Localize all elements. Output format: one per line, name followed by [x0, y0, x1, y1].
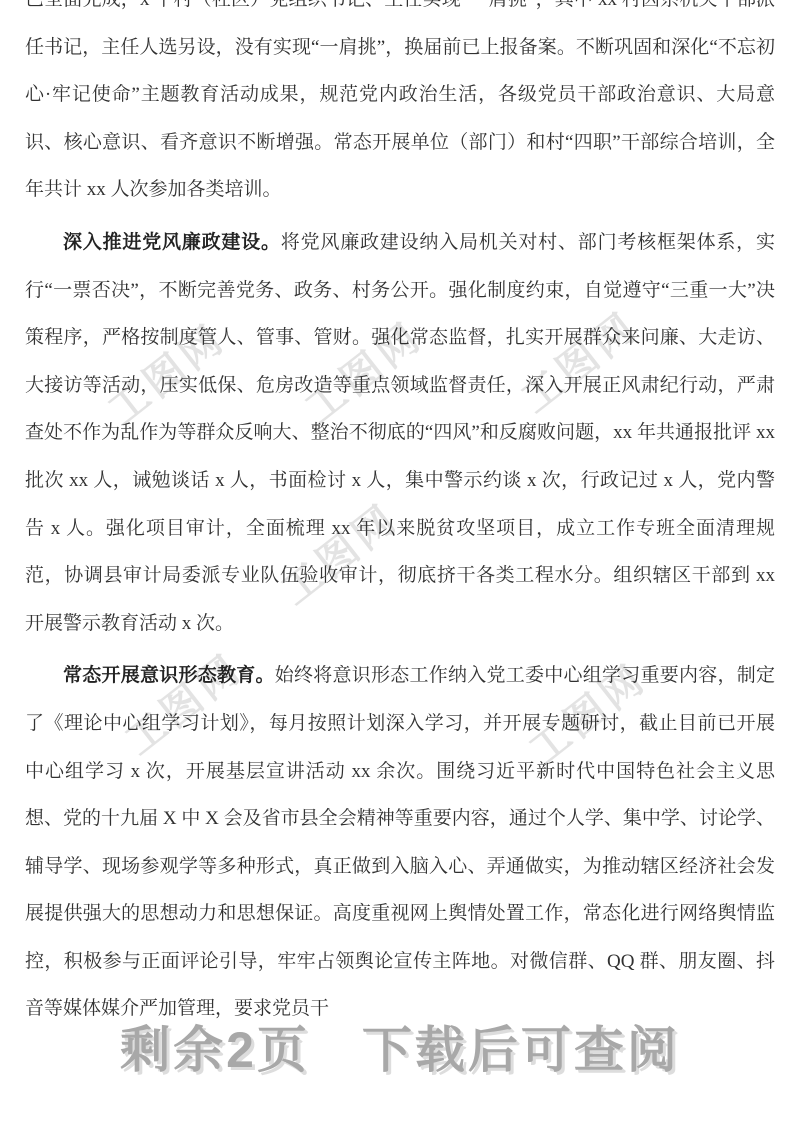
paragraph: 常态开展意识形态教育。始终将意识形态工作纳入党工委中心组学习重要内容，制定了《理…	[25, 652, 775, 1033]
download-hint-text: 下载后可查阅	[362, 1010, 680, 1082]
document-page: 工图网工图网工图网工图网工图网工图网 已全面完成，x 个村（社区）党组织书记、主…	[0, 0, 800, 1131]
paragraph: 已全面完成，x 个村（社区）党组织书记、主任实现“一肩挑”，其中 xx 村因系机…	[25, 0, 775, 214]
paragraph-text: 始终将意识形态工作纳入党工委中心组学习重要内容，制定了《理论中心组学习计划》，每…	[25, 665, 775, 1019]
paragraph-lead: 常态开展意识形态教育。	[63, 665, 275, 686]
remaining-pages-banner: 剩余2页 下载后可查阅	[0, 1010, 800, 1082]
paragraph-text: 已全面完成，x 个村（社区）党组织书记、主任实现“一肩挑”，其中 xx 村因系机…	[25, 0, 775, 200]
paragraph-lead: 深入推进党风廉政建设。	[63, 232, 281, 253]
document-body: 已全面完成，x 个村（社区）党组织书记、主任实现“一肩挑”，其中 xx 村因系机…	[25, 0, 775, 1038]
remaining-pages-text: 剩余2页	[120, 1010, 310, 1082]
paragraph-text: 将党风廉政建设纳入局机关对村、部门考核框架体系，实行“一票否决”，不断完善党务、…	[25, 232, 775, 634]
paragraph: 深入推进党风廉政建设。将党风廉政建设纳入局机关对村、部门考核框架体系，实行“一票…	[25, 219, 775, 647]
